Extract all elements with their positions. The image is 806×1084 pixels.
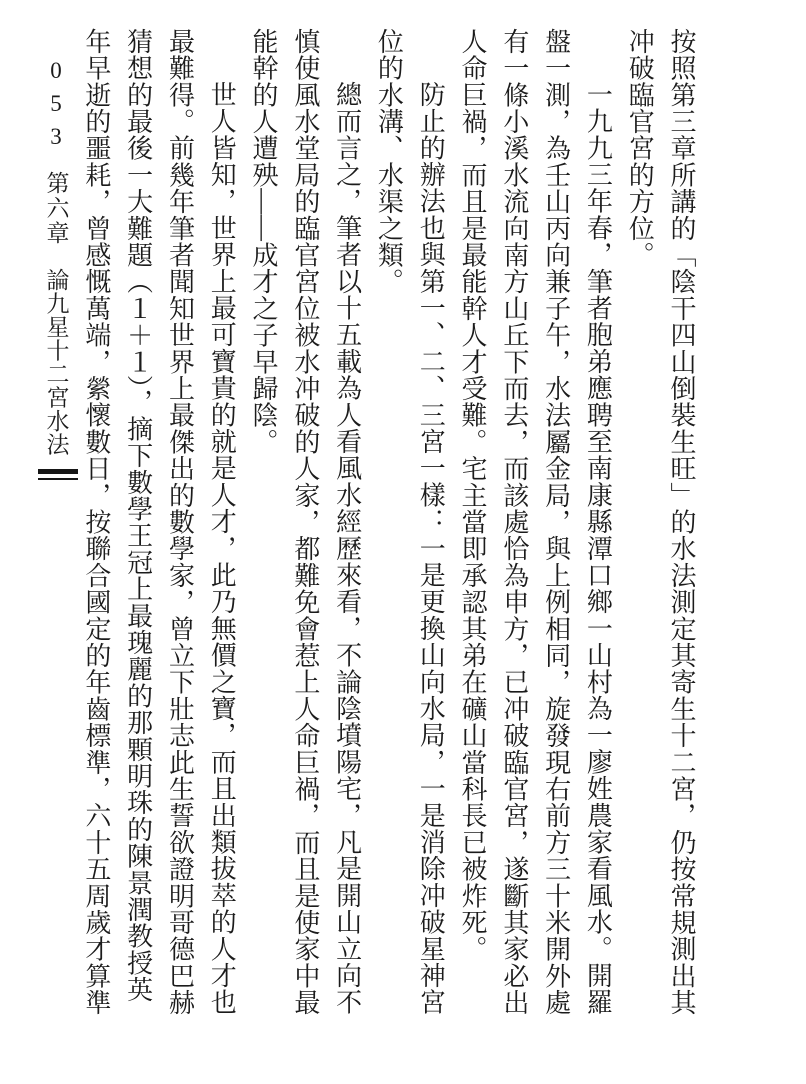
page-text-block: 按照第三章所講的「陰干四山倒裝生旺」的水法測定其寄生十二宮，仍按常規測出其冲破臨… xyxy=(75,28,702,1024)
chapter-title: 論九星十二宮水法 xyxy=(45,268,68,456)
page-margin-header: 053 第六章 論九星十二宮水法 xyxy=(36,58,76,480)
text-column: 防止的辦法也與第一、二、三宮一樣：一是更換山向水局，一是消除冲破星神宮 xyxy=(409,28,451,1024)
text-column: 年早逝的噩耗，曾感慨萬端，縈懷數日，按聯合國定的年齒標準，六十五周歲才算準 xyxy=(75,28,117,1024)
text-column: 慎使風水堂局的臨官宮位被水冲破的人家，都難免會惹上人命巨禍，而且是使家中最 xyxy=(284,28,326,1024)
text-column: 最難得。前幾年筆者聞知世界上最傑出的數學家，曾立下壯志此生誓欲證明哥德巴赫 xyxy=(159,28,201,1024)
text-column: 一九九三年春，筆者胞弟應聘至南康縣潭口鄉一山村為一廖姓農家看風水。開羅 xyxy=(577,28,619,1024)
text-column: 位的水溝、水渠之類。 xyxy=(368,28,410,1024)
text-column: 有一條小溪水流向南方山丘下而去，而該處恰為申方，已冲破臨官宮，遂斷其家必出 xyxy=(493,28,535,1024)
text-column: 按照第三章所講的「陰干四山倒裝生旺」的水法測定其寄生十二宮，仍按常規測出其 xyxy=(660,28,702,1024)
chapter-label: 第六章 xyxy=(45,171,68,246)
chapter-title-double-rule xyxy=(38,469,78,480)
text-column: 世人皆知，世界上最可寶貴的就是人才，此乃無價之寶，而且出類拔萃的人才也 xyxy=(200,28,242,1024)
text-column: 猜想的最後一大難題（１＋１），摘下數學王冠上最瑰麗的那顆明珠的陳景潤教授英 xyxy=(117,28,159,1024)
text-column: 冲破臨官宮的方位。 xyxy=(618,28,660,1024)
text-column: 總而言之，筆者以十五載為人看風水經歷來看，不論陰墳陽宅，凡是開山立向不 xyxy=(326,28,368,1024)
text-column: 能幹的人遭殃——成才之子早歸陰。 xyxy=(242,28,284,1024)
text-column: 盤一測，為壬山丙向兼子午，水法屬金局，與上例相同，旋發現右前方三十米開外處 xyxy=(535,28,577,1024)
text-column: 人命巨禍，而且是最能幹人才受難。宅主當即承認其弟在礦山當科長已被炸死。 xyxy=(451,28,493,1024)
page-number: 053 xyxy=(45,58,68,157)
